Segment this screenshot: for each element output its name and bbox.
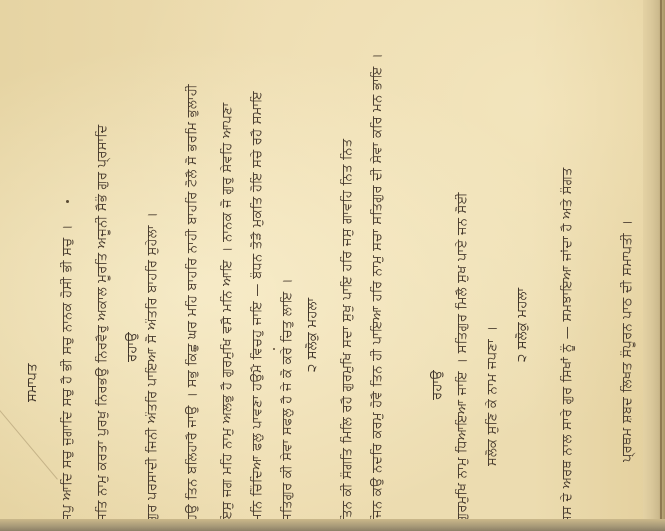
manuscript-text-line: ਇਸੁ ਜਗ ਮਹਿ ਨਾਮੁ ਅਲਭੁ ਹੈ ਗੁਰਮੁਖਿ ਵਸੈ ਮਨਿ … bbox=[220, 10, 236, 522]
manuscript-heading-line: ੨ ਸਲੋਕੁ ਮਹਲਾ bbox=[515, 270, 531, 362]
page-binding-edge bbox=[643, 0, 665, 531]
manuscript-text-line: ਪ੍ਰਥਮ ਸ਼ਬਦ ਲਿਖਤ ਸੰਪੂਰਨ ਪਾਠ ਦੀ ਸਮਾਪਤੀ । bbox=[620, 57, 636, 462]
manuscript-heading-line: ਸਮਾਪਤ bbox=[25, 354, 41, 402]
manuscript-text-line: ਜਪੁ ਆਦਿ ਸਚੁ ਜੁਗਾਦਿ ਸਚੁ ਹੈ ਭੀ ਸਚੁ ਨਾਨਕ ਹੋ… bbox=[60, 135, 76, 522]
manuscript-text-line: ਜਿਸ ਦੇ ਅਰਥ ਨਾਲ ਸਾਰੇ ਗੁਰ ਸਿਖਾਂ ਨੂੰ — ਸਮਝਾ… bbox=[560, 95, 576, 528]
manuscript-text-line: ਹਉ ਤਿਨ ਬਲਿਹਾਰੈ ਜਾਉ । ਸਭੁ ਕਿਛੁ ਘਰ ਮਹਿ ਬਾਹ… bbox=[185, 10, 201, 522]
manuscript-text-line: ਸਲੋਕ ਸੁਣਿ ਕੇ ਨਾਮ ਜਪਣਾ । bbox=[485, 260, 501, 466]
manuscript-text-line: ਸਤਿਗੁਰ ਕੀ ਸੇਵਾ ਸਫਲੁ ਹੈ ਜੇ ਕੋ ਕਰੇ ਚਿਤੁ ਲਾ… bbox=[280, 215, 296, 522]
paper-fold-line bbox=[0, 410, 58, 480]
manuscript-heading-line: ਰਹਾਉ bbox=[430, 340, 446, 400]
manuscript-heading-line: ੨ ਸਲੋਕੁ ਮਹਲਾ bbox=[305, 290, 321, 372]
ink-speck bbox=[273, 348, 275, 350]
manuscript-text-line: ਸਤਿ ਨਾਮੁ ਕਰਤਾ ਪੁਰਖੁ ਨਿਰਭਉ ਨਿਰਵੈਰੁ ਅਕਾਲ ਮ… bbox=[95, 30, 111, 522]
manuscript-heading-line: ਰਹਾਉ bbox=[125, 310, 141, 362]
manuscript-text-line: ਤਿਨ ਕੀ ਸੰਗਤਿ ਮਿਲਿ ਰਹੈ ਗੁਰਮੁਖਿ ਸਦਾ ਸੁਖੁ ਪ… bbox=[340, 25, 356, 522]
manuscript-text-line: ਗੁਰ ਪਰਸਾਦੀ ਜਿਨੀ ਅੰਤਰਿ ਪਾਇਆ ਸੋ ਅੰਤਰਿ ਬਾਹਰ… bbox=[145, 85, 161, 522]
page-bottom-edge bbox=[0, 519, 665, 531]
manuscript-text-line: ਮਨਿ ਚਿੰਦਿਆ ਫਲੁ ਪਾਵਣਾ ਹਉਮੈ ਵਿਚਹੁ ਜਾਇ — ਬੰ… bbox=[250, 20, 266, 522]
manuscript-text-line: ਗੁਰਮੁਖਿ ਨਾਮੁ ਧਿਆਇਆ ਜਾਇ । ਸਤਿਗੁਰ ਮਿਲੈ ਸੁਖ… bbox=[455, 94, 471, 522]
manuscript-page: ਪ੍ਰਥਮ ਸ਼ਬਦ ਲਿਖਤ ਸੰਪੂਰਨ ਪਾਠ ਦੀ ਸਮਾਪਤੀ ।ਜਿ… bbox=[0, 0, 665, 531]
manuscript-text-line: ਜਿਨ ਕਉ ਨਦਰਿ ਕਰਮੁ ਹੋਵੈ ਤਿਨ ਹੀ ਪਾਇਆ ਹਰਿ ਨਾ… bbox=[370, 10, 386, 522]
